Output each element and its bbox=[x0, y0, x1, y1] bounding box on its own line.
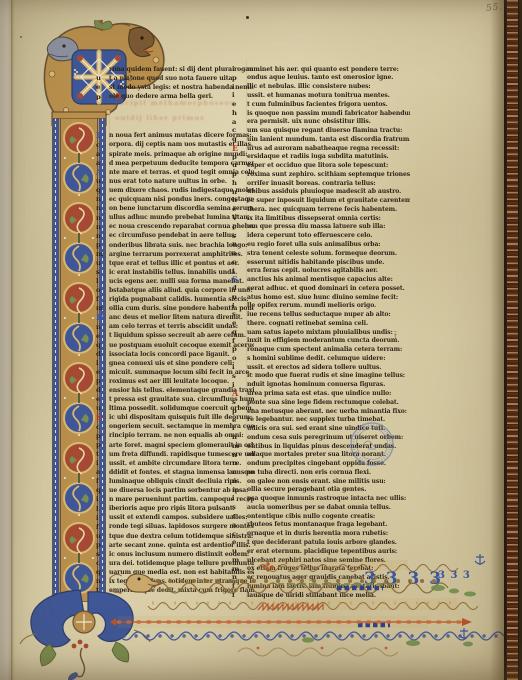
rubric-line: ouidij liber primus bbox=[96, 115, 254, 130]
verse-text: ussit. et erectos ad sidera tollere uult… bbox=[247, 365, 381, 371]
verse-initial: p bbox=[232, 75, 247, 82]
verse-initial: p bbox=[96, 433, 109, 440]
verse-initial: n bbox=[96, 205, 109, 212]
verse-line: astra tenent celeste solum. formeque deo… bbox=[232, 248, 410, 257]
verse-initial: c bbox=[232, 513, 247, 520]
verse-text: luminaque obliquis cinxit decliuia ripis… bbox=[109, 479, 241, 485]
verse-line: ultima possedit. solidumque coercuit orb… bbox=[96, 403, 254, 412]
verse-line: que postquam euoluit cecoque exemit acer… bbox=[96, 340, 254, 349]
library-stamp-icon bbox=[348, 420, 396, 468]
verse-initial: s bbox=[232, 399, 247, 406]
verse-initial: i bbox=[232, 364, 247, 371]
verse-initial: u bbox=[96, 533, 109, 540]
verse-line: proximus est aer illi leuitate locoque. bbox=[96, 376, 254, 385]
verse-initial: m bbox=[96, 251, 109, 258]
verse-line: et pressa est grauitate sua. circumfluus… bbox=[96, 394, 254, 403]
verse-initial: q bbox=[96, 342, 109, 349]
verse-line: est modo ysta legis: et nostra habenda n… bbox=[96, 82, 254, 91]
text-column-left: rima quidem fauent: si dij dent plura ro… bbox=[96, 64, 254, 594]
verse-initial: c bbox=[232, 259, 247, 266]
verse-line: liberioris aque pro ripis litora pulsant… bbox=[96, 503, 254, 512]
verse-line: rima quidem fauent: si dij dent plura ro… bbox=[96, 64, 254, 73]
verse-initial: e bbox=[232, 417, 247, 424]
verse-text: rbuteos fetus montanaque fraga legebant. bbox=[247, 522, 387, 528]
verse-line: cum que pressa diu massa latuere sub ill… bbox=[232, 222, 410, 231]
ink-speck bbox=[20, 36, 22, 38]
verse-initial: i bbox=[232, 382, 247, 389]
verse-initial: I bbox=[96, 131, 109, 139]
verse-initial: q bbox=[232, 329, 247, 336]
verse-line: his quoque non passim mundi fabricator h… bbox=[232, 108, 410, 117]
verse-line: fronde tegi siluas. lapidosos surgere mo… bbox=[96, 521, 254, 530]
verse-line: non tuba directi. non eris cornua flexi. bbox=[232, 467, 410, 476]
verse-text: ubibus assiduis pluuioque madescit ab au… bbox=[247, 189, 401, 195]
verse-initial: n bbox=[232, 478, 247, 485]
verse-line: saucia uomeribus per se dabat omnia tell… bbox=[232, 502, 410, 511]
verse-line: ipsa quoque inmunis rastroque intacta ne… bbox=[232, 494, 410, 503]
verse-initial: f bbox=[232, 338, 247, 345]
verse-line: non galee non ensis erant. sine militis … bbox=[232, 476, 410, 485]
ink-speck bbox=[246, 16, 249, 19]
verse-line: os homini sublime dedit. celumque uidere… bbox=[232, 353, 410, 362]
verse-line: fluminaque obliquis cinxit decliuia ripi… bbox=[96, 476, 254, 485]
verse-initial: h bbox=[232, 197, 247, 204]
verse-initial: i bbox=[96, 496, 109, 503]
verse-line: Vix ita limitibus dissepserat omnia cert… bbox=[232, 213, 410, 222]
verse-text: erra feras cepit. uolucres agitabilis ae… bbox=[247, 268, 378, 274]
verse-text: am celo terras et terris abscidit undas: bbox=[109, 324, 238, 330]
verse-line: Aurea prima sata est etas. que uindice n… bbox=[232, 388, 410, 397]
verse-line: congeriem secuit. sectamque in membra co… bbox=[96, 421, 254, 430]
verse-initial: e bbox=[96, 333, 109, 340]
verse-initial: n bbox=[232, 434, 247, 441]
verse-line: emicuit. summaque locum sibi fecit in ar… bbox=[96, 367, 254, 376]
verse-initial: o bbox=[232, 355, 247, 362]
verse-initial: n bbox=[96, 224, 109, 231]
verse-line: et que deciderant patula iouis arbore gl… bbox=[232, 537, 410, 546]
verse-line: finxit in effigiem moderantum cuncta deo… bbox=[232, 336, 410, 345]
verse-text: stra tenent celeste solum. formeque deor… bbox=[247, 251, 397, 257]
verse-initial: p bbox=[96, 442, 109, 449]
verse-text: uin lanient mundum. tanta est discordia … bbox=[247, 137, 410, 143]
verse-line: lucis egens aer. nulli sua forma manebat… bbox=[96, 276, 254, 285]
verse-line: obstabatque aliis aliud. quia corpore in… bbox=[96, 285, 254, 294]
verse-initial: u bbox=[96, 260, 109, 267]
verse-initial: m bbox=[96, 305, 109, 312]
verse-initial: i bbox=[232, 92, 247, 99]
verse-text: psa quoque inmunis rastroque intacta nec… bbox=[247, 496, 406, 502]
verse-initial: E bbox=[232, 144, 247, 152]
verse-initial: p bbox=[96, 378, 109, 385]
flourish-glyphs: 3 3 3 bbox=[438, 570, 471, 581]
verse-line: et cum fulminibus facientes frigora uent… bbox=[232, 99, 410, 108]
verse-initial: p bbox=[96, 242, 109, 249]
verse-text: spirate meis. primaque ab origine mundi: bbox=[109, 152, 247, 158]
verse-text: ix ita limitibus dissepserat omnia certi… bbox=[247, 216, 381, 222]
verse-text: eerat adhuc. et quod dominari in cetera … bbox=[247, 286, 405, 292]
verse-line: pena metusque aberant. nec uerba minanti… bbox=[232, 406, 410, 415]
verse-text: t liquidum spisso secreuit ab aere celum… bbox=[109, 333, 246, 339]
verse-initial: l bbox=[96, 278, 109, 285]
verse-line: unus erat toto nature uultus in orbe. bbox=[96, 176, 254, 185]
verse-initial: f bbox=[96, 524, 109, 531]
verse-initial: i bbox=[232, 425, 247, 432]
verse-initial: l bbox=[96, 506, 109, 513]
verse-text: there. cognati retinebat semina celi. bbox=[247, 321, 368, 327]
verse-text: esper et occiduo que litora sole tepescu… bbox=[247, 163, 388, 169]
verse-text: rincipio terram. ne non equalis ab omni: bbox=[109, 433, 244, 439]
verse-line: in mare perueniunt partim. campoque rece… bbox=[96, 494, 254, 503]
verse-initial: f bbox=[96, 478, 109, 485]
manuscript-page: 55. bbox=[0, 0, 522, 680]
verse-line: ad mea perpetuum deducite tempora carmen… bbox=[96, 158, 254, 167]
verse-text: aucia uomeribus per se dabat omnia tellu… bbox=[247, 505, 391, 511]
verse-initial: d bbox=[96, 387, 109, 394]
verse-text: micuit. summaque locum sibi fecit in arc… bbox=[109, 370, 251, 376]
verse-line: terra feras cepit. uolucres agitabilis a… bbox=[232, 266, 410, 275]
verse-initial: a bbox=[96, 469, 109, 476]
verse-line: pronaque cum spectent animalia cetera te… bbox=[232, 345, 410, 354]
verse-initial: p bbox=[96, 94, 109, 101]
verse-line: iussit. et humanas motura tonitrua mente… bbox=[232, 90, 410, 99]
verse-initial: m bbox=[232, 487, 247, 494]
verse-text: atus homo est. siue hunc diuino semine f… bbox=[247, 295, 398, 301]
fore-edge-shadow bbox=[490, 0, 504, 680]
verse-line: sidera ceperunt toto efferuescere celo. bbox=[232, 231, 410, 240]
verse-initial: H bbox=[96, 313, 109, 321]
verse-initial: e bbox=[232, 320, 247, 327]
verse-initial: p bbox=[232, 408, 247, 415]
verse-line: quam satus iapeto mixtam pluuialibus und… bbox=[232, 327, 410, 336]
verse-initial: e bbox=[232, 539, 247, 546]
verse-initial: n bbox=[96, 233, 109, 240]
verse-line: deerat adhuc. et quod dominari in cetera… bbox=[232, 283, 410, 292]
verse-initial: u bbox=[96, 178, 109, 185]
verse-initial: t bbox=[232, 268, 247, 275]
verse-text: idera ceperunt toto efferuescere celo. bbox=[247, 233, 372, 239]
verse-initial: a bbox=[232, 250, 247, 257]
verse-line: sic erat instabilis tellus. innabilis un… bbox=[96, 267, 254, 276]
verse-line: nam celo terras et terris abscidit undas… bbox=[96, 321, 254, 330]
verse-initial: p bbox=[232, 171, 247, 178]
verse-initial: n bbox=[96, 196, 109, 203]
verse-initial: i bbox=[232, 303, 247, 310]
verse-initial: i bbox=[96, 515, 109, 522]
verse-initial: c bbox=[232, 127, 247, 134]
verse-initial: u bbox=[96, 405, 109, 412]
verse-text: nduit ignotas hominum conuersa figuras. bbox=[247, 382, 385, 388]
verse-initial: n bbox=[232, 189, 247, 196]
verse-text: ic erat instabilis tellus. innabilis und… bbox=[109, 270, 237, 276]
verse-line: nec circumfuso pendebat in aere tellus: bbox=[96, 230, 254, 239]
verse-text: t que deciderant patula iouis arbore gla… bbox=[247, 540, 397, 546]
verse-line: cornaque et in duris herentia mora rubet… bbox=[232, 529, 410, 538]
rubric-line: Incipit methamorphoseos bbox=[96, 100, 254, 115]
verse-initial: S bbox=[96, 413, 109, 421]
verse-initial: s bbox=[232, 504, 247, 511]
text-column-right: imminet his aer. qui quanto est pondere … bbox=[232, 64, 410, 599]
verse-line: cesserunt nitidis habitande piscibus und… bbox=[232, 257, 410, 266]
verse-text: on galee non ensis erant. sine militis u… bbox=[247, 479, 386, 485]
verse-line: siue recens tellus seductaque nuper ab a… bbox=[232, 309, 410, 318]
verse-text: ussit et extendi campos. subsidere ualle… bbox=[109, 515, 247, 521]
verse-line: principio terram. ne non equalis ab omni… bbox=[96, 430, 254, 439]
verse-text: um que pressa diu massa latuere sub illa… bbox=[247, 224, 385, 230]
verse-line: Hanc deus et melior litem natura diremit… bbox=[96, 312, 254, 321]
verse-text: rigida pugnabant calidis. humentia sicci… bbox=[109, 297, 249, 303]
verse-line: ut a platone quod suo nota fauere uita. bbox=[96, 73, 254, 82]
verse-line: proxima sunt zephiro. scithiam septemque… bbox=[232, 169, 410, 178]
verse-line: Sanctius his animal mentisque capacius a… bbox=[232, 274, 410, 283]
verse-text: ronaque cum spectent animalia cetera ter… bbox=[247, 347, 402, 353]
verse-text: ontentique cibis nullo cogente creatis: bbox=[247, 514, 375, 520]
verse-text: eu regio foret ulla suis animalibus orba… bbox=[247, 242, 380, 248]
verse-initial: a bbox=[232, 522, 247, 529]
verse-text: ec circumfuso pendebat in aere tellus: bbox=[109, 233, 237, 239]
verse-line: ponderibus librata suis. nec brachia lon… bbox=[96, 240, 254, 249]
verse-text: mminet his aer. qui quanto est pondere t… bbox=[247, 67, 399, 73]
gutter-crease bbox=[11, 0, 15, 680]
verse-text: era permisit. uix nunc obsistitur illis. bbox=[247, 119, 371, 125]
verse-initial: o bbox=[96, 287, 109, 294]
verse-line: pondus aque leuius. tanto est onerosior … bbox=[232, 73, 410, 82]
verse-text: urus ad auroram nabatheaque regna recess… bbox=[247, 146, 399, 152]
verse-initial: p bbox=[232, 346, 247, 353]
verse-text: llic et nebulas. illic consistere nubes: bbox=[247, 84, 371, 90]
verse-initial: e bbox=[96, 369, 109, 376]
verse-initial: n bbox=[232, 460, 247, 467]
verse-text: s homini sublime dedit. celumque uidere: bbox=[247, 356, 385, 362]
verse-initial: n bbox=[232, 294, 247, 301]
verse-line: iussit. et erectos ad sidera tollere uul… bbox=[232, 362, 410, 371]
verse-line: ethere. cognati retinebat semina celi. bbox=[232, 318, 410, 327]
verse-line: margine terrarum porrexerat amphitrites. bbox=[96, 249, 254, 258]
verse-initial: c bbox=[96, 142, 109, 149]
verse-text: ucis egens aer. nulli sua forma manebat. bbox=[109, 279, 244, 285]
verse-line: sponte sua sine lege fidem rectumque col… bbox=[232, 397, 410, 406]
verse-initial: n bbox=[232, 241, 247, 248]
verse-text: ue diuersa locis partim sorbentur ab ips… bbox=[109, 488, 248, 494]
verse-text: ersidaque et radiis iuga subdita matutin… bbox=[247, 154, 389, 160]
verse-line: contentique cibis nullo cogente creatis: bbox=[232, 511, 410, 520]
verse-initial: u bbox=[232, 162, 247, 169]
verse-text: t cum fulminibus facientes frigora uento… bbox=[247, 102, 388, 108]
verse-initial: f bbox=[96, 296, 109, 303]
verse-text: orrifer inuasit boreas. contraria tellus… bbox=[247, 181, 376, 187]
penwork-flourish-icon: 3 3 3 3 3 3 3 bbox=[108, 548, 506, 672]
verse-text: lle opifex rerum. mundi melioris origo. bbox=[247, 303, 376, 309]
verse-line: nubibus assiduis pluuioque madescit ab a… bbox=[232, 187, 410, 196]
verse-text: n noua fert animus mutatas dicere formas… bbox=[109, 133, 252, 139]
verse-initial: s bbox=[232, 311, 247, 318]
verse-line: Sic ubi dispositam quisquis fuit ille de… bbox=[96, 412, 254, 421]
verse-line: non bene iunctarum discordia semina reru… bbox=[96, 203, 254, 212]
verse-initial: h bbox=[232, 180, 247, 187]
verse-line: parte foret. magni speciem glomerauit in… bbox=[96, 440, 254, 449]
verse-initial: a bbox=[96, 151, 109, 158]
verse-line: illic et nebulas. illic consistere nubes… bbox=[232, 82, 410, 91]
verse-line: uesper et occiduo que litora sole tepesc… bbox=[232, 160, 410, 169]
verse-line: ignea conuexi uis et sine pondere celi: bbox=[96, 358, 254, 367]
verse-initial: n bbox=[96, 324, 109, 331]
verse-text: onderibus librata suis. nec brachia long… bbox=[109, 243, 247, 249]
verse-initial: c bbox=[232, 224, 247, 231]
verse-text: ondus aque leuius. tanto est onerosior i… bbox=[247, 75, 393, 81]
verse-initial: d bbox=[96, 351, 109, 358]
verse-line: natus homo est. siue hunc diuino semine … bbox=[232, 292, 410, 301]
verse-initial: s bbox=[232, 373, 247, 380]
verse-initial: i bbox=[232, 84, 247, 91]
verse-text: issociata locis concordi pace ligauit. bbox=[109, 352, 230, 358]
verse-text: inxit in effigiem moderantum cuncta deor… bbox=[247, 338, 399, 344]
verse-line: utque erat et tellus illic et pontus et … bbox=[96, 258, 254, 267]
verse-text: thera. nec quicquam terrene fecis habent… bbox=[247, 207, 397, 213]
verse-line: In noua fert animus mutatas dicere forma… bbox=[96, 130, 254, 139]
verse-text: anctius his animal mentisque capacius al… bbox=[247, 277, 393, 283]
verse-text: anc deus et melior litem natura diremit. bbox=[109, 315, 243, 321]
verse-text: esserunt nitidis habitande piscibus unde… bbox=[247, 260, 384, 266]
verse-line: que diuersa locis partim sorbentur ab ip… bbox=[96, 485, 254, 494]
verse-initial: c bbox=[96, 424, 109, 431]
verse-line: ille opifex rerum. mundi melioris origo. bbox=[232, 301, 410, 310]
verse-line: sic modo que fuerat rudis et sine imagin… bbox=[232, 371, 410, 380]
verse-line: nec quicquam nisi pondus iners. congesta… bbox=[96, 194, 254, 203]
verse-initial: e bbox=[96, 84, 109, 91]
verse-line: imminet his aer. qui quanto est pondere … bbox=[232, 64, 410, 73]
verse-line: neu regio foret ulla suis animalibus orb… bbox=[232, 239, 410, 248]
verse-text: ec super inposuit liquidum et grauitate … bbox=[247, 198, 410, 204]
verse-text: t a platone quod suo nota fauere uita. bbox=[109, 76, 234, 82]
verse-text: ic ubi dispositam quisquis fuit ille deo… bbox=[109, 415, 252, 421]
verse-text: argine terrarum porrexerat amphitrites. bbox=[109, 252, 243, 258]
verse-text: bstabatque aliis aliud. quia corpore in … bbox=[109, 288, 252, 294]
verse-text: ullus adhuc mundo prebebat lumina titan. bbox=[109, 215, 250, 221]
verse-text: ussit. et ambite circumdare litora terre… bbox=[109, 461, 241, 467]
verse-line: Ante mare et terras. et quod tegit omnia… bbox=[96, 167, 254, 176]
verse-text: ena metusque aberant. nec uerba minantia… bbox=[247, 409, 407, 415]
verse-text: ponte sua sine lege fidem rectumque cole… bbox=[247, 400, 399, 406]
verse-initial: e bbox=[232, 206, 247, 213]
verse-line: mollia cum duris. sine pondere habentia … bbox=[96, 303, 254, 312]
anchor-flourish bbox=[459, 554, 485, 639]
verse-initial: t bbox=[96, 451, 109, 458]
binding-edge bbox=[504, 0, 522, 680]
verse-text: gnea conuexi uis et sine pondere celi: bbox=[109, 361, 234, 367]
verse-initial: n bbox=[96, 215, 109, 222]
verse-initial: A bbox=[96, 168, 109, 176]
verse-initial: i bbox=[96, 360, 109, 367]
verse-initial: d bbox=[232, 285, 247, 292]
verse-initial: q bbox=[232, 136, 247, 143]
verse-line: persidaque et radiis iuga subdita matuti… bbox=[232, 152, 410, 161]
verse-text: ornaque et in duris herentia mora rubeti… bbox=[247, 531, 388, 537]
verse-line: hec super inposuit liquidum et grauitate… bbox=[232, 195, 410, 204]
verse-line: aspirate meis. primaque ab origine mundi… bbox=[96, 149, 254, 158]
verse-initial: e bbox=[96, 396, 109, 403]
verse-line: utque due dextra celum totidemque sinist… bbox=[96, 531, 254, 540]
verse-line: arbuteos fetus montanaque fraga legebant… bbox=[232, 520, 410, 529]
verse-line: horrifer inuasit boreas. contraria tellu… bbox=[232, 178, 410, 187]
verse-initial: s bbox=[96, 269, 109, 276]
verse-text: iberioris aque pro ripis litora pulsant. bbox=[109, 506, 235, 512]
verse-line: iussit. et ambite circumdare litora terr… bbox=[96, 458, 254, 467]
verse-initial: i bbox=[232, 66, 247, 73]
verse-text: tque erat et tellus illic et pontus et a… bbox=[109, 261, 239, 267]
verse-line: induit ignotas hominum conuersa figuras. bbox=[232, 380, 410, 389]
verse-line: addidit et fontes. et stagna inmensa lac… bbox=[96, 467, 254, 476]
verse-text: uam satus iapeto mixtam pluuialibus undi… bbox=[247, 330, 393, 336]
verse-line: Eurus ad auroram nabatheaque regna reces… bbox=[232, 143, 410, 152]
verse-initial: a bbox=[232, 119, 247, 126]
verse-line: et liquidum spisso secreuit ab aere celu… bbox=[96, 330, 254, 339]
verse-text: ic modo que fuerat rudis et sine imagine… bbox=[247, 373, 405, 379]
verse-text: ussit. et humanas motura tonitrua mentes… bbox=[247, 93, 390, 99]
verse-text: um sua quisque regant diuerso flamina tr… bbox=[247, 128, 402, 134]
verse-initial: A bbox=[232, 389, 247, 397]
verse-text: urea prima sata est etas. que uindice nu… bbox=[247, 391, 391, 397]
verse-initial: h bbox=[232, 110, 247, 117]
verse-line: nullus adhuc mundo prebebat lumina titan… bbox=[96, 212, 254, 221]
verse-line: corpora. dij ceptis nam uos mutastis et … bbox=[96, 139, 254, 148]
verse-initial: i bbox=[232, 495, 247, 502]
verse-text: nus erat toto nature uultus in orbe. bbox=[109, 179, 227, 185]
verse-text: is quoque non passim mundi fabricator ha… bbox=[247, 111, 410, 117]
verse-text: roximus est aer illi leuitate locoque. bbox=[109, 379, 229, 385]
verse-line: dissociata locis concordi pace ligauit. bbox=[96, 349, 254, 358]
verse-initial: i bbox=[96, 460, 109, 467]
verse-initial: u bbox=[96, 75, 109, 82]
verse-line: tum freta diffundi. rapidisque tumescere… bbox=[96, 449, 254, 458]
verse-line: ethera. nec quicquam terrene fecis haben… bbox=[232, 204, 410, 213]
verse-initial: e bbox=[232, 101, 247, 108]
marginal-mark: t̄ bbox=[394, 332, 397, 341]
verse-line: quin lanient mundum. tanta est discordia… bbox=[232, 134, 410, 143]
verse-line: pole quo dedere arma bella geri. bbox=[96, 91, 254, 100]
verse-initial: n bbox=[232, 469, 247, 476]
verse-text: roxima sunt zephiro. scithiam septemque … bbox=[247, 172, 410, 178]
verse-initial: p bbox=[232, 154, 247, 161]
verse-initial: V bbox=[232, 215, 247, 222]
verse-initial: S bbox=[232, 275, 247, 283]
verse-initial: q bbox=[96, 187, 109, 194]
verse-line: iussit et extendi campos. subsidere uall… bbox=[96, 512, 254, 521]
verse-initial: m bbox=[232, 443, 247, 450]
verse-text: iue recens tellus seductaque nuper ab al… bbox=[247, 312, 391, 318]
verse-line: cum sua quisque regant diuerso flamina t… bbox=[232, 125, 410, 134]
verse-line: aera permisit. uix nunc obsistitur illis… bbox=[232, 117, 410, 126]
verse-initial: q bbox=[96, 487, 109, 494]
binding-ornament bbox=[506, 0, 519, 680]
verse-line: mollia secure peragebant otia gentes. bbox=[232, 485, 410, 494]
verse-line: frigida pugnabant calidis. humentia sicc… bbox=[96, 294, 254, 303]
verse-line: densior his tellus. elementaque grandia … bbox=[96, 385, 254, 394]
verse-initial: c bbox=[232, 531, 247, 538]
verse-text: on tuba directi. non eris cornua flexi. bbox=[247, 470, 371, 476]
verse-initial: n bbox=[232, 452, 247, 459]
verse-line: nec noua crescendo reparabat cornua pheb… bbox=[96, 221, 254, 230]
verse-text: ollia secure peragebant otia gentes. bbox=[247, 487, 366, 493]
verse-initial: s bbox=[232, 233, 247, 240]
verse-initial: a bbox=[96, 160, 109, 167]
verse-line: quem dixere chaos. rudis indigestaque mo… bbox=[96, 185, 254, 194]
